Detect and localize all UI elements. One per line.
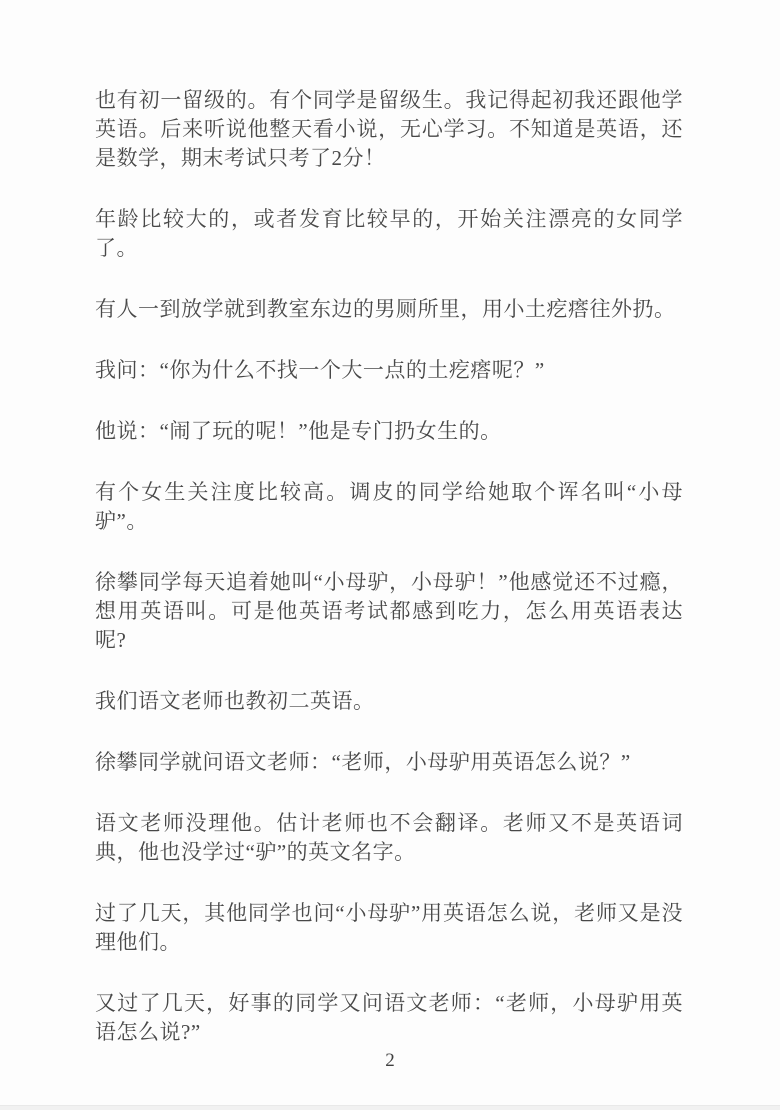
paragraph: 有人一到放学就到教室东边的男厕所里，用小土疙瘩往外扔。 bbox=[95, 295, 683, 324]
paragraph: 徐攀同学就问语文老师：“老师，小母驴用英语怎么说？” bbox=[95, 748, 683, 777]
paragraph: 又过了几天，好事的同学又问语文老师：“老师，小母驴用英语怎么说?” bbox=[95, 989, 683, 1047]
page-body-text: 也有初一留级的。有个同学是留级生。我记得起初我还跟他学英语。后来听说他整天看小说… bbox=[0, 0, 780, 1047]
paragraph: 也有初一留级的。有个同学是留级生。我记得起初我还跟他学英语。后来听说他整天看小说… bbox=[95, 86, 683, 173]
paragraph: 语文老师没理他。估计老师也不会翻译。老师又不是英语词典，他也没学过“驴”的英文名… bbox=[95, 809, 683, 867]
paragraph: 他说：“闹了玩的呢！”他是专门扔女生的。 bbox=[95, 417, 683, 446]
paragraph: 徐攀同学每天追着她叫“小母驴，小母驴！”他感觉还不过瘾，想用英语叫。可是他英语考… bbox=[95, 568, 683, 655]
page-number: 2 bbox=[0, 1050, 780, 1072]
paragraph: 我问：“你为什么不找一个大一点的土疙瘩呢？” bbox=[95, 356, 683, 385]
paragraph: 过了几天，其他同学也问“小母驴”用英语怎么说，老师又是没理他们。 bbox=[95, 899, 683, 957]
document-page: 也有初一留级的。有个同学是留级生。我记得起初我还跟他学英语。后来听说他整天看小说… bbox=[0, 0, 780, 1110]
paragraph: 有个女生关注度比较高。调皮的同学给她取个诨名叫“小母驴”。 bbox=[95, 478, 683, 536]
page-bottom-edge bbox=[0, 1105, 780, 1110]
paragraph: 年龄比较大的，或者发育比较早的，开始关注漂亮的女同学了。 bbox=[95, 205, 683, 263]
paragraph: 我们语文老师也教初二英语。 bbox=[95, 687, 683, 716]
